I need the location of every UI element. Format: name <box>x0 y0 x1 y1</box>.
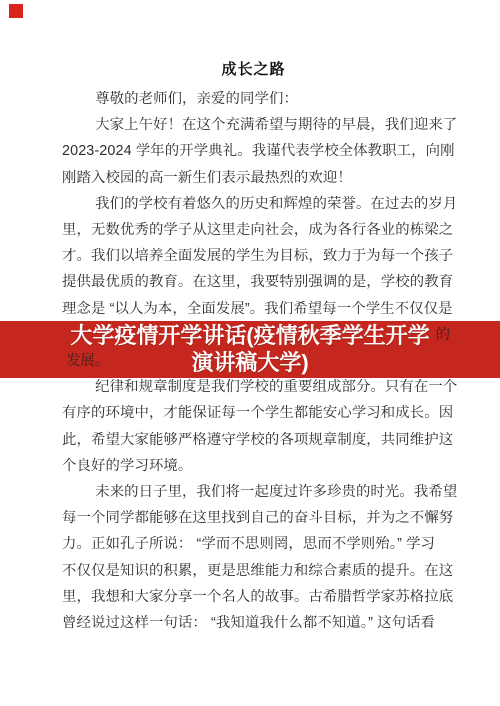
overlay-banner-title-line1: 大学疫情开学讲话(疫情秋季学生开学 <box>0 323 500 350</box>
paragraph: 未来的日子里，我们将一起度过许多珍贵的时光。我希望 每一个同学都能够在这里找到自… <box>62 479 445 636</box>
paragraph: 纪律和规章制度是我们学校的重要组成部分。只有在一个 有序的环境中，才能保证每一个… <box>62 374 445 479</box>
paragraph: 大家上午好！在这个充满希望与期待的早晨，我们迎来了 2023-2024 学年的开… <box>62 112 445 191</box>
red-corner-stamp <box>9 4 23 18</box>
paragraph: 我们的学校有着悠久的历史和辉煌的荣誉。在过去的岁月 里，无数优秀的学子从这里走向… <box>62 191 445 322</box>
document-page: 成长之路 尊敬的老师们，亲爱的同学们：大家上午好！在这个充满希望与期待的早晨，我… <box>0 0 500 706</box>
overlay-banner-title-line2: 演讲稿大学) <box>0 350 500 377</box>
overlay-banner-title: 大学疫情开学讲话(疫情秋季学生开学 演讲稿大学) <box>0 323 500 376</box>
document-title: 成长之路 <box>62 59 445 81</box>
overlay-title-banner: 的 发展。 大学疫情开学讲话(疫情秋季学生开学 演讲稿大学) <box>0 321 500 378</box>
paragraph: 尊敬的老师们，亲爱的同学们： <box>62 86 445 112</box>
